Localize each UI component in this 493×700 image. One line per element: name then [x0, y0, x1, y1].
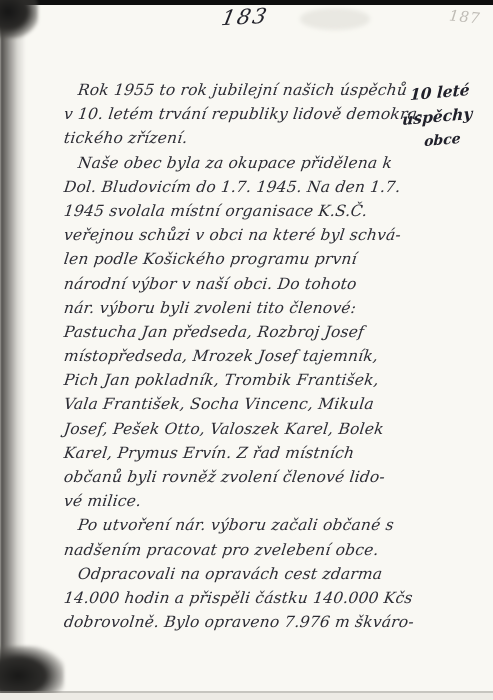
- pencil-corner-number: 187: [449, 6, 482, 27]
- scanned-chronicle-page: 183 187 10 leté úspěchy obce Rok 1955 to…: [0, 0, 493, 700]
- handwritten-line: Dol. Bludovicím do 1.7. 1945. Na den 1.7…: [63, 175, 458, 199]
- handwritten-text-block: Rok 1955 to rok jubilejní našich úspěchů…: [64, 78, 456, 634]
- handwritten-line: národní výbor v naší obci. Do tohoto: [63, 272, 458, 296]
- handwritten-line: občanů byli rovněž zvolení členové lido-: [63, 465, 458, 489]
- handwritten-line: Odpracovali na opravách cest zdarma: [63, 562, 458, 586]
- scan-corner-blob-top: [0, 0, 38, 38]
- handwritten-line: Karel, Prymus Ervín. Z řad místních: [63, 441, 458, 465]
- handwritten-line: v 10. letém trvání republiky lidově demo…: [63, 102, 458, 126]
- handwritten-line: vé milice.: [63, 489, 458, 513]
- handwritten-line: Pastucha Jan předseda, Rozbroj Josef: [63, 320, 458, 344]
- handwritten-line: 14.000 hodin a přispěli částku 140.000 K…: [63, 586, 458, 610]
- handwritten-line: dobrovolně. Bylo opraveno 7.976 m škváro…: [63, 610, 458, 634]
- scan-bottom-edge: [0, 693, 493, 700]
- scan-smudge: [300, 8, 370, 30]
- handwritten-line: tického zřízení.: [63, 126, 458, 150]
- binding-shadow: [0, 0, 26, 700]
- handwritten-line: nár. výboru byli zvoleni tito členové:: [63, 296, 458, 320]
- handwritten-line: 1945 svolala místní organisace K.S.Č.: [63, 199, 458, 223]
- handwritten-line: Vala František, Socha Vincenc, Mikula: [63, 392, 458, 416]
- handwritten-line: len podle Košického programu první: [63, 247, 458, 271]
- handwritten-line: místopředseda, Mrozek Josef tajemník,: [63, 344, 458, 368]
- handwritten-line: Pich Jan pokladník, Trombik František,: [63, 368, 458, 392]
- handwritten-line: Naše obec byla za okupace přidělena k: [63, 151, 458, 175]
- handwritten-line: nadšením pracovat pro zvelebení obce.: [63, 538, 458, 562]
- handwritten-line: Rok 1955 to rok jubilejní našich úspěchů: [63, 78, 458, 102]
- handwritten-line: Po utvoření nár. výboru začali občané s: [63, 513, 458, 537]
- page-number: 183: [219, 4, 270, 30]
- handwritten-line: veřejnou schůzi v obci na které byl schv…: [63, 223, 458, 247]
- handwritten-line: Josef, Pešek Otto, Valoszek Karel, Bolek: [63, 417, 458, 441]
